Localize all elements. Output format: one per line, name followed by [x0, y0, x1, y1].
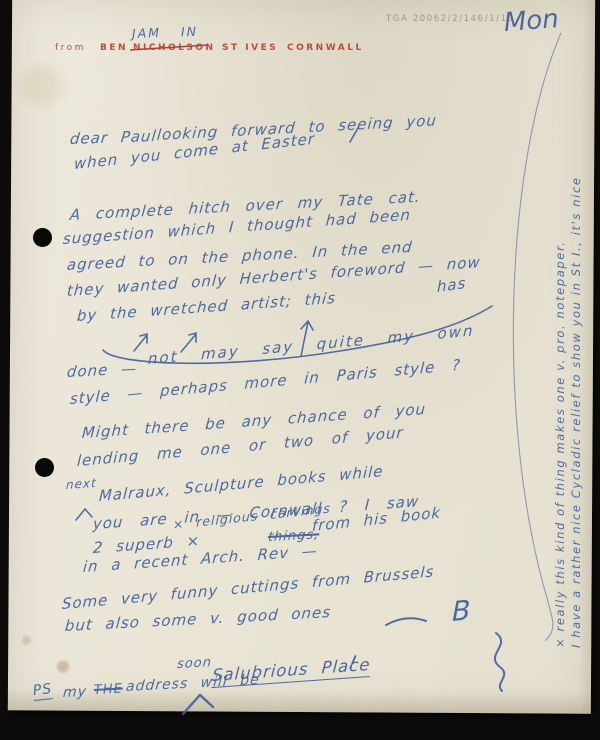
- letterhead-joke-insert: JAM IN: [132, 24, 199, 41]
- letterhead-county: CORNWALL: [287, 43, 364, 53]
- margin-note-line-1: × really this kind of thing makes one v.…: [552, 86, 568, 648]
- letterhead-struck-name: NICHOLSON: [133, 43, 216, 53]
- letter-insert-next: next: [66, 476, 98, 492]
- postscript-struck-the: THE: [94, 681, 124, 697]
- letter-line-1a: dear Paul: [69, 127, 158, 148]
- letter-line-8a: done —: [66, 359, 138, 381]
- letterhead-town: ST IVES: [222, 43, 278, 53]
- letterhead-from: from: [55, 43, 86, 53]
- postscript-insert-soon: soon: [176, 655, 212, 672]
- hole-punch-top: [33, 228, 52, 247]
- hole-punch-bottom: [35, 458, 54, 477]
- signature-initial: B: [452, 595, 471, 628]
- margin-note: × really this kind of thing makes one v.…: [552, 86, 586, 648]
- margin-note-line-2: I have a rather nice Cycladic relief to …: [568, 86, 584, 648]
- archive-stamp: TGA 20062/2/146/1/10: [386, 14, 515, 24]
- postscript-my: my: [62, 684, 87, 701]
- postscript-ps: PS: [32, 681, 53, 701]
- day-note: Mon: [503, 4, 560, 38]
- letterhead-first-name: BEN: [100, 43, 128, 53]
